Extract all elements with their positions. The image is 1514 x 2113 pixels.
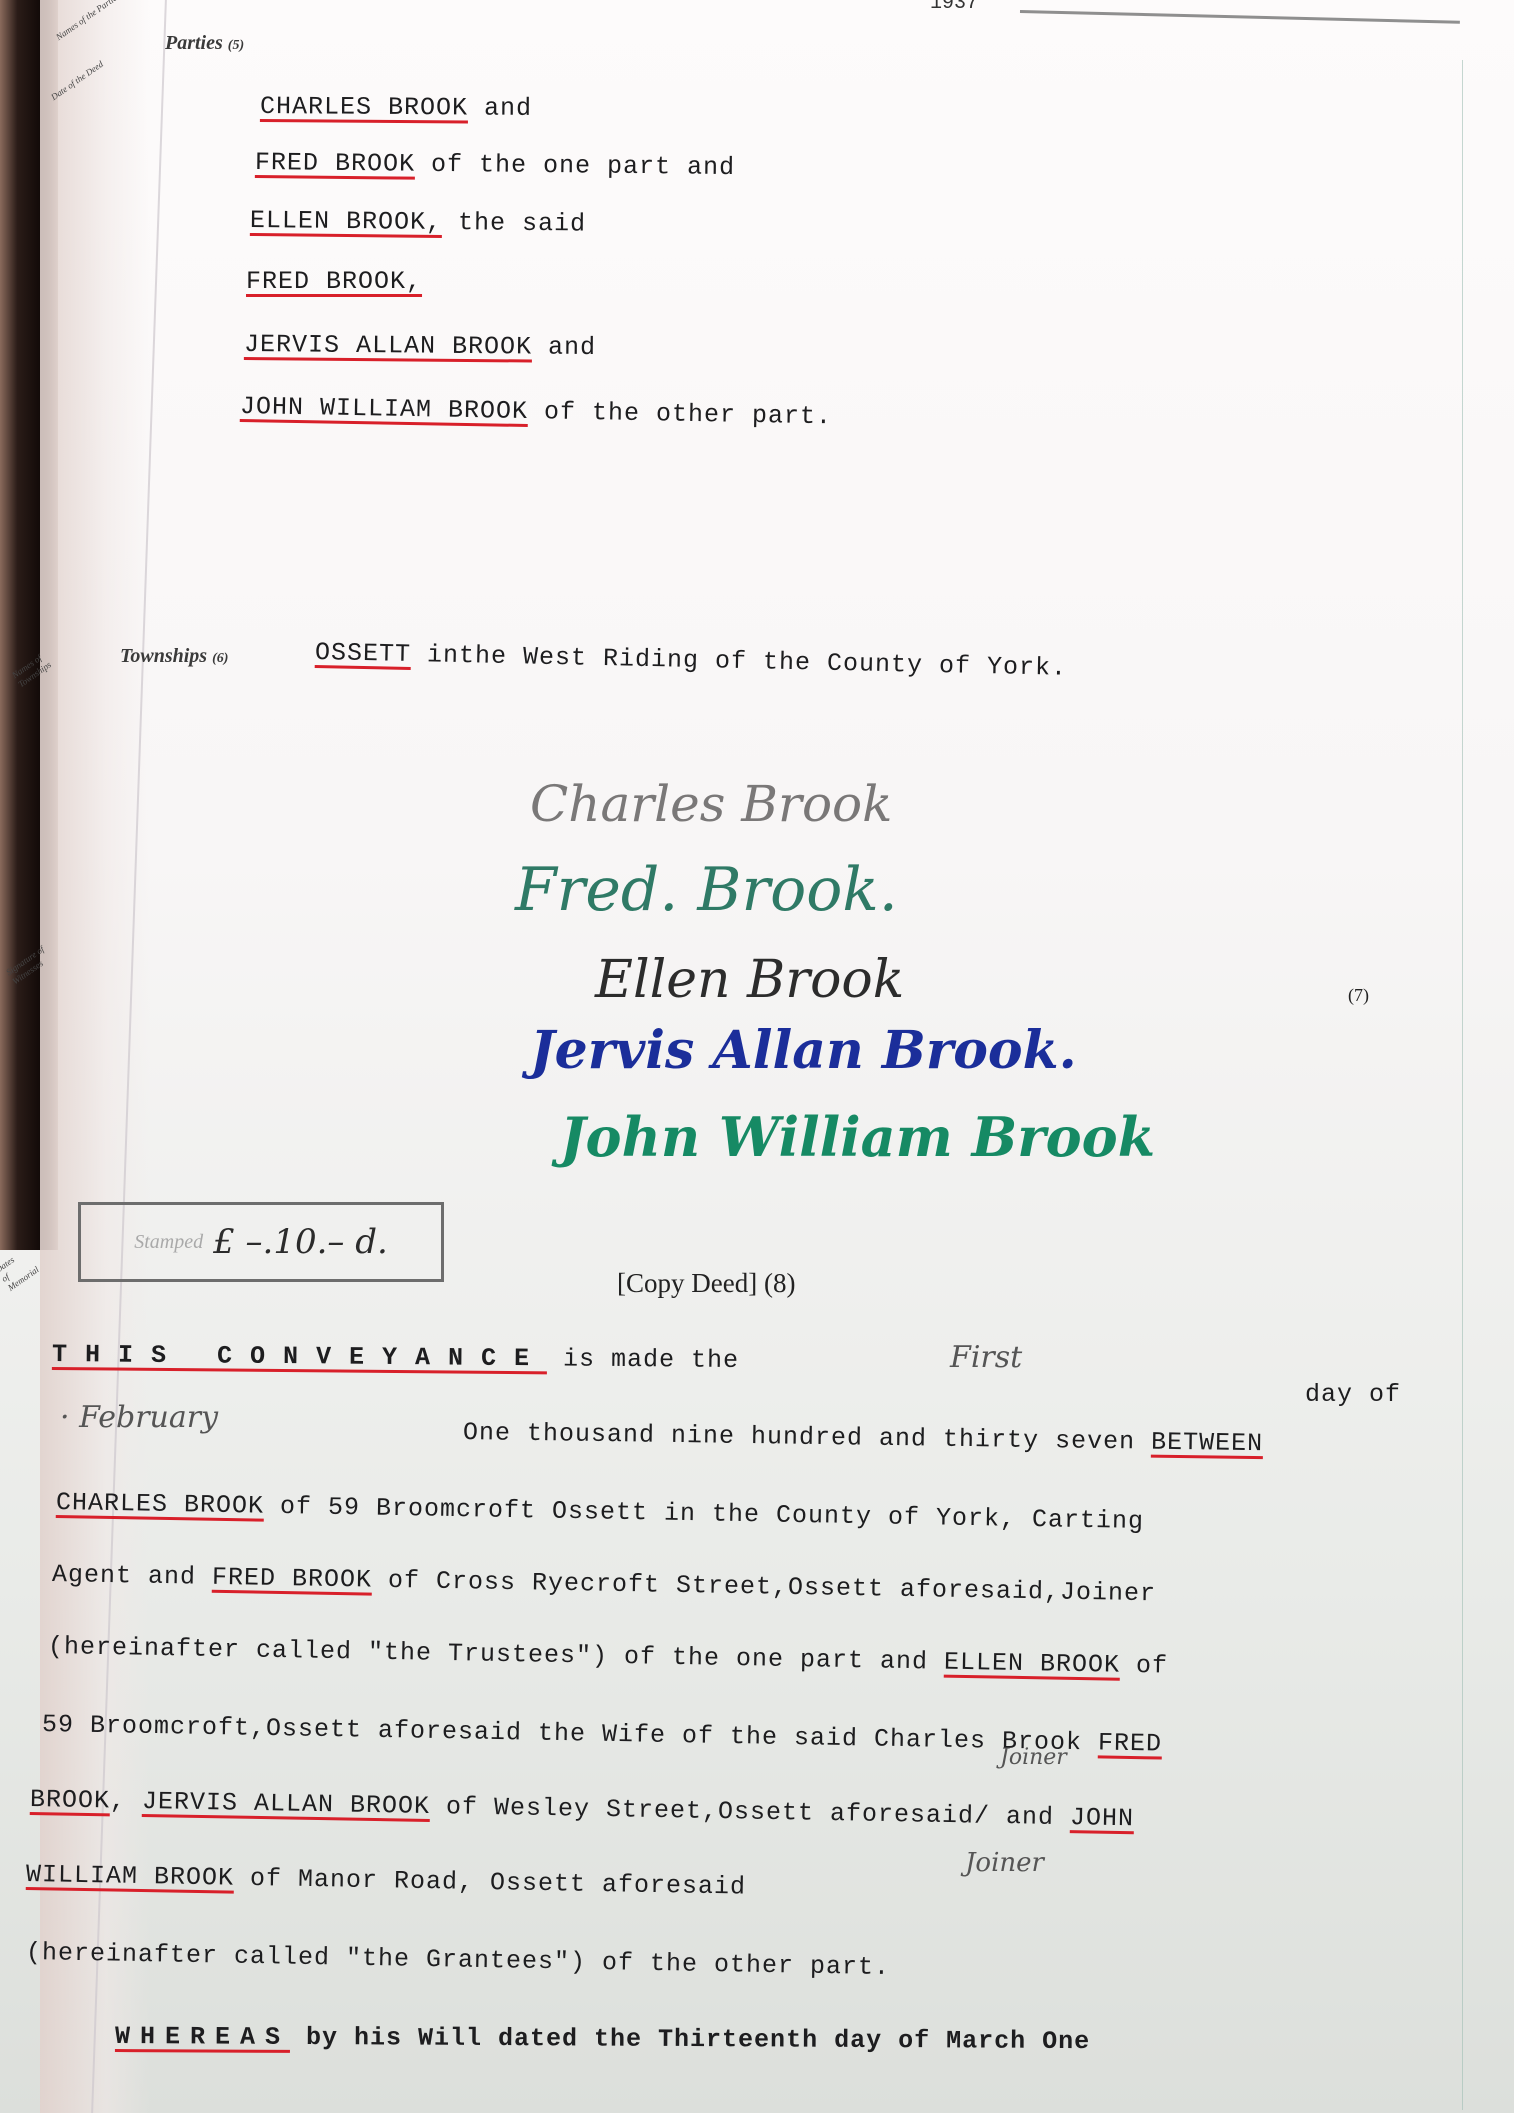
party-rest: and <box>468 93 532 122</box>
townships-line: OSSETT inthe West Riding of the County o… <box>315 638 1068 683</box>
conveyance-heading: THIS CONVEYANCE <box>52 1340 547 1373</box>
township-name: OSSETT <box>315 638 412 669</box>
deed-text: of <box>1120 1651 1169 1681</box>
party-name: FRED BROOK, <box>246 267 422 296</box>
party-rest: the said <box>442 208 586 239</box>
deed-text: is made the <box>547 1344 739 1375</box>
party-line: FRED BROOK of the one part and <box>255 148 735 182</box>
deed-text: by his Will dated the Thirteenth day of … <box>290 2023 1090 2056</box>
deed-party: JOHN <box>1070 1803 1135 1833</box>
deed-text: (hereinafter called "the Trustees") of t… <box>48 1632 945 1677</box>
handwritten-day: First <box>950 1340 1022 1375</box>
party-line: FRED BROOK, <box>246 267 422 296</box>
party-name: JOHN WILLIAM BROOK <box>240 392 529 426</box>
handwritten-month: · February <box>60 1400 218 1435</box>
signature-ellen-brook: Ellen Brook <box>595 950 904 1010</box>
deed-text: of Cross Ryecroft Street,Ossett aforesai… <box>372 1566 1157 1609</box>
right-margin-rule <box>1462 60 1463 2110</box>
deed-text: of Wesley Street,Ossett aforesaid/ and <box>430 1792 1071 1832</box>
townships-label: Townships (6) <box>120 645 228 668</box>
stamp-amount: £ –.10.– d. <box>213 1222 388 1262</box>
townships-label-text: Townships <box>120 645 207 667</box>
parties-label-text: Parties <box>165 32 223 54</box>
signatures-footnote: (7) <box>1348 985 1369 1006</box>
deed-line: One thousand nine hundred and thirty sev… <box>463 1418 1263 1458</box>
deed-party: WILLIAM BROOK <box>26 1860 235 1893</box>
handwritten-occupation: Joiner <box>965 1848 1044 1878</box>
party-name: CHARLES BROOK <box>260 92 468 122</box>
party-name: ELLEN BROOK, <box>250 206 442 237</box>
deed-text: of Manor Road, Ossett aforesaid <box>234 1864 747 1902</box>
deed-party: FRED BROOK <box>212 1563 373 1595</box>
parties-footnote: (5) <box>228 38 244 53</box>
signature-jervis-allan-brook: Jervis Allan Brook. <box>530 1020 1077 1081</box>
deed-text: One thousand nine hundred and thirty sev… <box>463 1418 1151 1457</box>
deed-party: BROOK <box>30 1785 111 1815</box>
deed-line: Agent and FRED BROOK of Cross Ryecroft S… <box>52 1560 1157 1608</box>
deed-page: Names of the Parties Date of the Deed Na… <box>0 0 1514 2113</box>
party-line: CHARLES BROOK and <box>260 92 532 123</box>
signature-fred-brook: Fred. Brook. <box>515 855 898 925</box>
deed-line: 59 Broomcroft,Ossett aforesaid the Wife … <box>42 1710 1163 1759</box>
margin-note: Dates of Memorial <box>0 1249 37 1293</box>
deed-line: WHEREAS by his Will dated the Thirteenth… <box>115 2022 1090 2056</box>
parties-label: Parties (5) <box>165 32 244 55</box>
deed-party: FRED <box>1098 1728 1163 1758</box>
copy-deed-heading: [Copy Deed] (8) <box>617 1268 795 1299</box>
deed-line: BROOK, JERVIS ALLAN BROOK of Wesley Stre… <box>30 1785 1135 1833</box>
party-rest: of the one part and <box>415 150 735 182</box>
party-rest: and <box>532 333 596 363</box>
party-line: JOHN WILLIAM BROOK of the other part. <box>240 392 833 431</box>
deed-text: of 59 Broomcroft Ossett in the County of… <box>264 1492 1145 1536</box>
deed-text: 59 Broomcroft,Ossett aforesaid the Wife … <box>42 1710 1099 1757</box>
deed-line: THIS CONVEYANCE is made the <box>52 1340 739 1375</box>
deed-keyword: WHEREAS <box>115 2022 290 2052</box>
deed-line: CHARLES BROOK of 59 Broomcroft Ossett in… <box>56 1488 1145 1536</box>
deed-text: Agent and <box>52 1560 213 1592</box>
party-name: FRED BROOK <box>255 148 415 179</box>
party-line: ELLEN BROOK, the said <box>250 206 586 239</box>
townships-footnote: (6) <box>212 651 228 666</box>
party-name: JERVIS ALLAN BROOK <box>244 330 532 362</box>
deed-party: ELLEN BROOK <box>944 1648 1121 1680</box>
deed-line: (hereinafter called "the Trustees") of t… <box>48 1632 1169 1681</box>
deed-line: (hereinafter called "the Grantees") of t… <box>26 1938 891 1982</box>
party-rest: of the other part. <box>528 397 833 431</box>
stamp-label: Stamped <box>134 1231 203 1254</box>
header-year: 1937 <box>930 0 978 15</box>
deed-keyword: BETWEEN <box>1151 1428 1263 1459</box>
deed-line: day of <box>1305 1380 1401 1409</box>
signature-charles-brook: Charles Brook <box>530 775 892 833</box>
deed-party: JERVIS ALLAN BROOK <box>142 1787 431 1821</box>
handwritten-occupation: Joiner <box>1000 1745 1067 1770</box>
header-rule <box>1020 10 1460 24</box>
signature-john-william-brook: John William Brook <box>560 1105 1155 1169</box>
township-rest: inthe West Riding of the County of York. <box>411 640 1068 683</box>
stamp-duty-box: Stamped £ –.10.– d. <box>78 1202 444 1282</box>
party-line: JERVIS ALLAN BROOK and <box>244 330 596 362</box>
deed-text: , <box>110 1786 143 1816</box>
deed-party: CHARLES BROOK <box>56 1488 265 1521</box>
